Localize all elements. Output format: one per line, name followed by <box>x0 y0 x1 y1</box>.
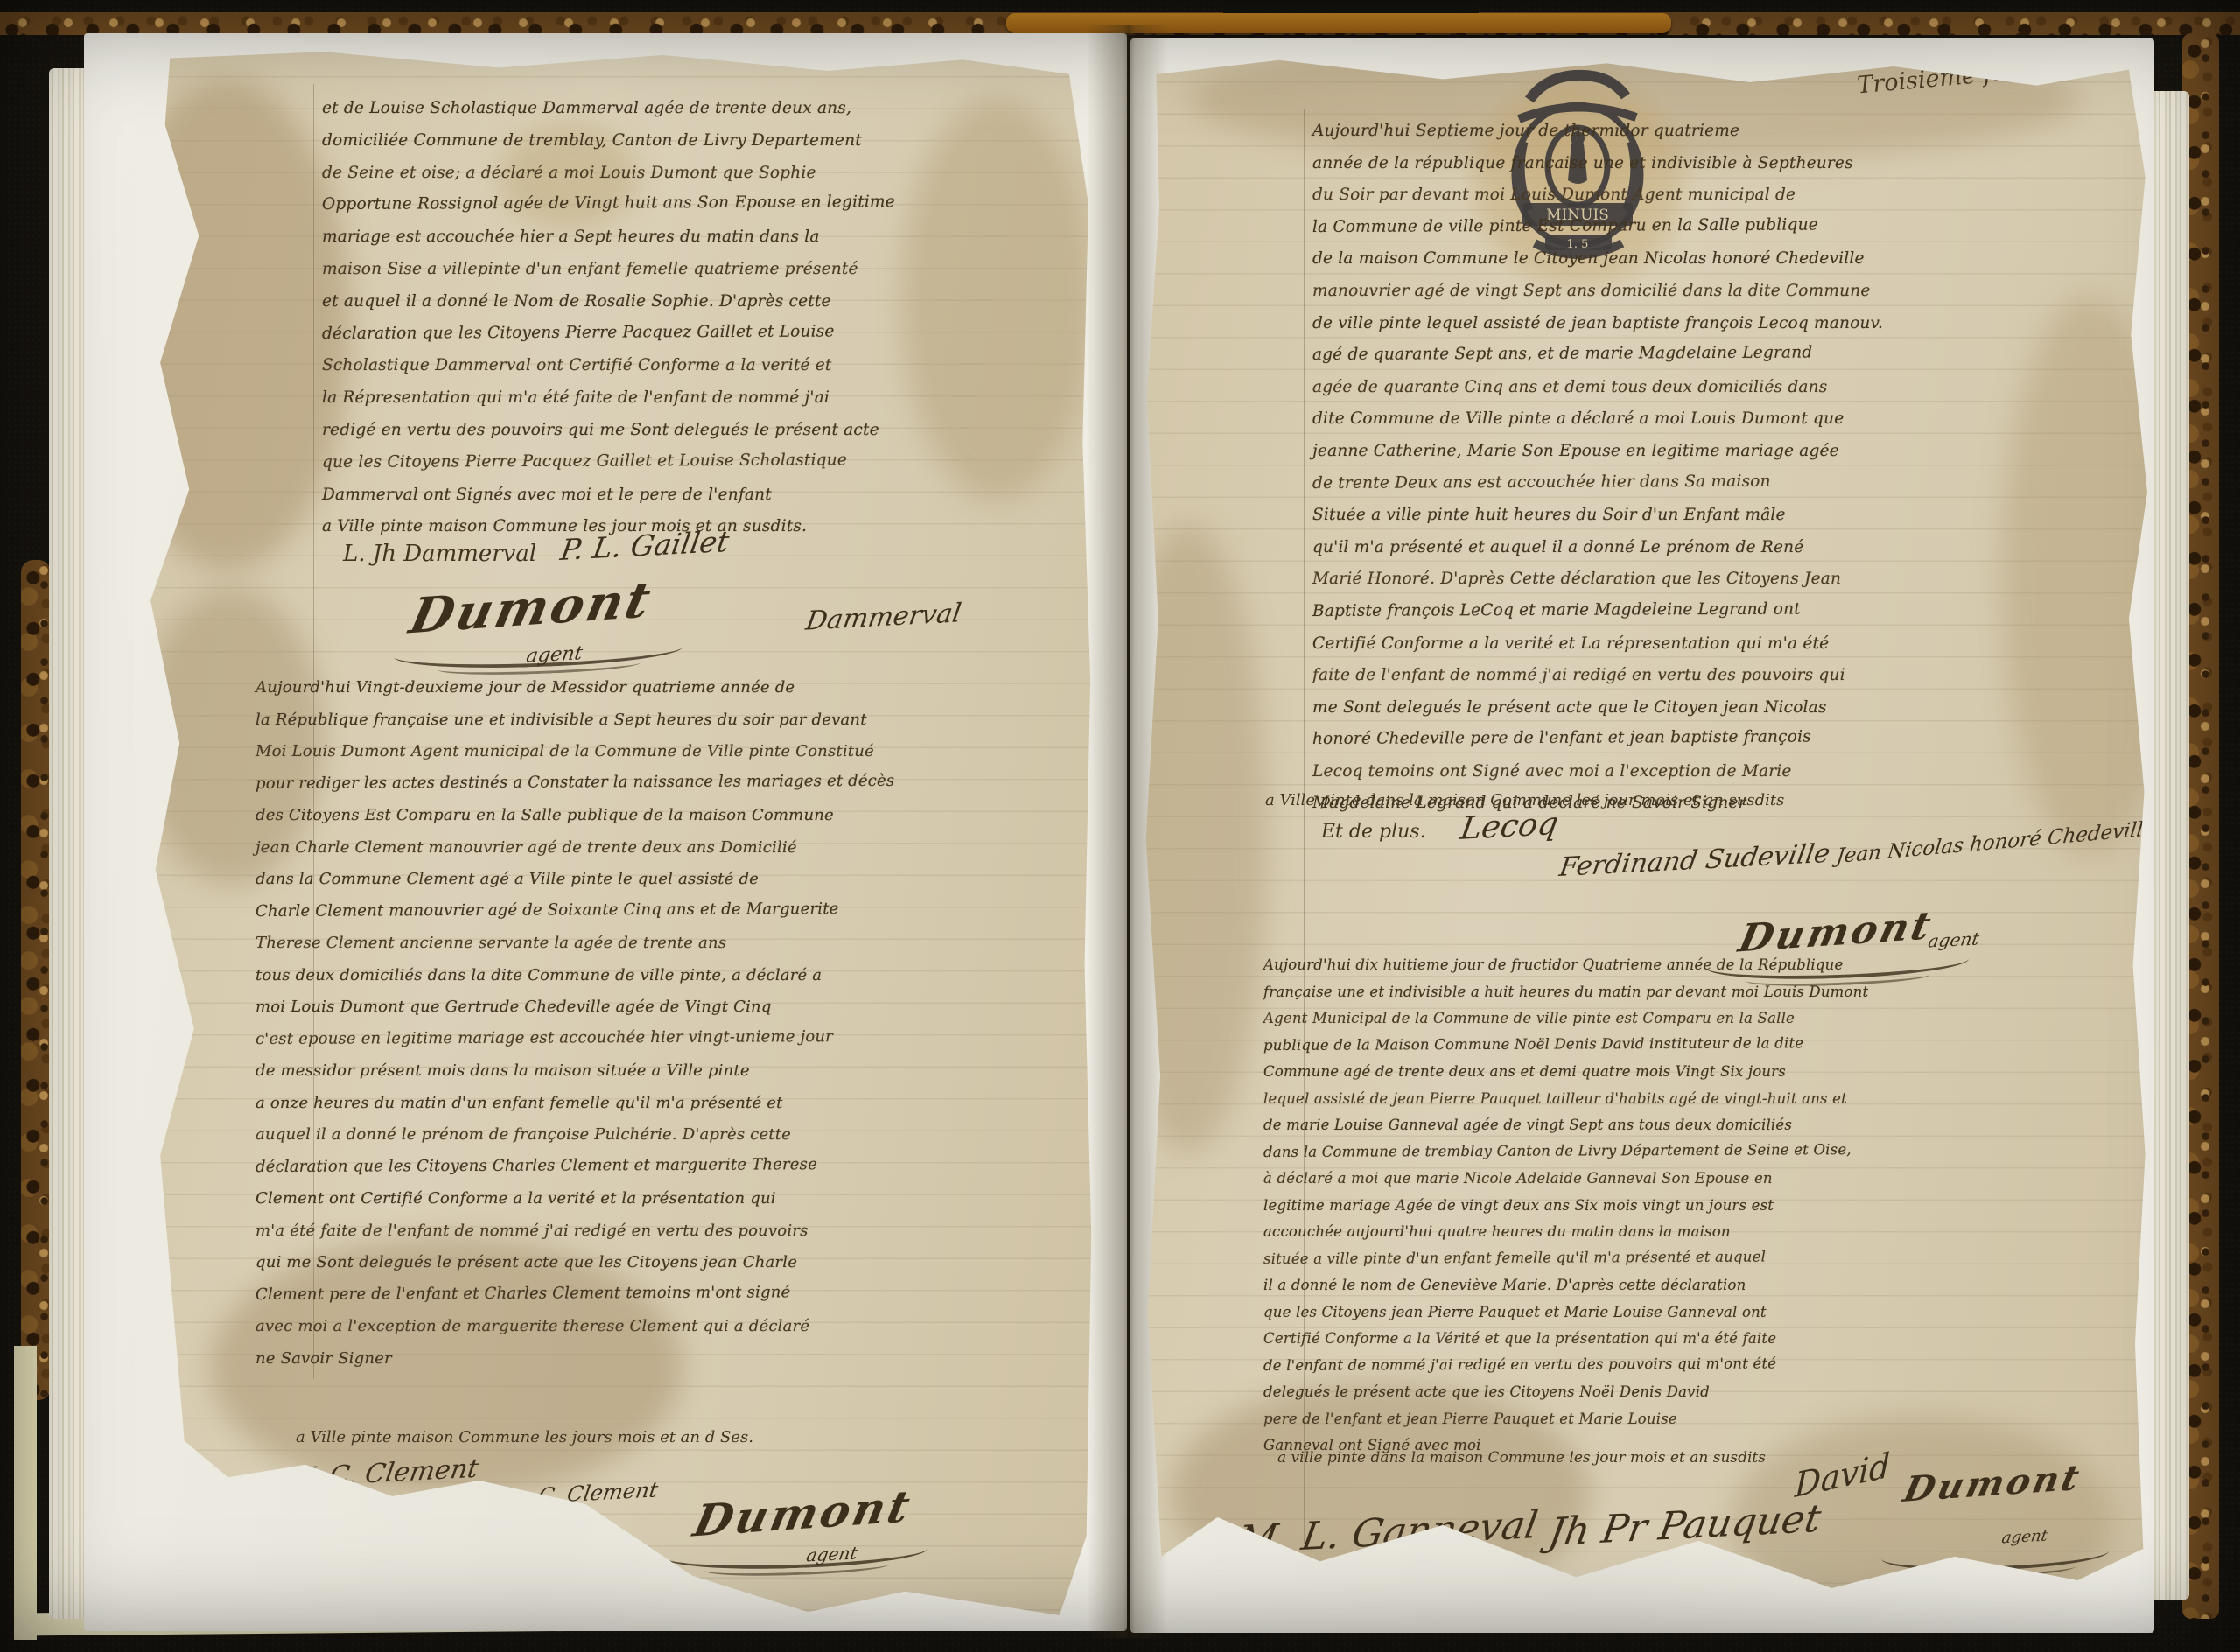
manuscript-line: c'est epouse en legitime mariage est acc… <box>255 1020 894 1055</box>
manuscript-line: a onze heures du matin d'un enfant femel… <box>255 1088 894 1120</box>
manuscript-line: Marié Honoré. D'après Cette déclaration … <box>1312 563 1883 596</box>
manuscript-line: il a donné le nom de Geneviève Marie. D'… <box>1263 1272 1868 1299</box>
signature-dumont-title: agent <box>1927 928 1981 952</box>
manuscript-line: année de la république française une et … <box>1312 148 1883 180</box>
manuscript-line: tous deux domiciliés dans la dite Commun… <box>255 960 894 992</box>
manuscript-line: déclaration que les Citoyens Charles Cle… <box>255 1148 894 1183</box>
manuscript-line: de la maison Commune le Citoyen jean Nic… <box>1312 243 1883 276</box>
manuscript-line: jeanne Catherine, Marie Son Epouse en le… <box>1312 436 1883 468</box>
manuscript-line: Baptiste françois LeCoq et marie Magdele… <box>1312 593 1883 627</box>
manuscript-line: delegués le présent acte que les Citoyen… <box>1263 1379 1868 1406</box>
signature-dammerval-line: L. Jh Dammerval <box>343 541 536 567</box>
manuscript-line: de trente Deux ans est accouchée hier da… <box>1312 465 1883 500</box>
manuscript-line: legitime mariage Agée de vingt deux ans … <box>1263 1193 1868 1220</box>
manuscript-line: de Seine et oise; a déclaré a moi Louis … <box>322 157 895 190</box>
signature-lecoq: Lecoq <box>1458 806 1561 847</box>
manuscript-line: Aujourd'hui dix huitieme jour de fructid… <box>1263 952 1868 979</box>
manuscript-line: la Commune de ville pinte Est Comparu en… <box>1312 209 1883 243</box>
manuscript-line: publique de la Maison Commune Noël Denis… <box>1263 1029 1868 1059</box>
manuscript-line: dite Commune de Ville pinte a déclaré a … <box>1312 403 1883 436</box>
manuscript-line: mariage est accouchée hier a Sept heures… <box>322 221 895 254</box>
cover-marbling-left <box>21 560 51 1400</box>
manuscript-line: la République française une et indivisib… <box>255 704 894 737</box>
manuscript-line: située a ville pinte d'un enfant femelle… <box>1263 1242 1868 1272</box>
manuscript-line: Lecoq temoins ont Signé avec moi a l'exc… <box>1312 756 1883 788</box>
signature-dammerval: Dammerval <box>803 598 963 636</box>
manuscript-line: Commune agé de trente deux ans et demi q… <box>1263 1059 1868 1086</box>
manuscript-line: agée de quarante Cinq ans et demi tous d… <box>1312 372 1883 404</box>
manuscript-line: que les Citoyens Pierre Pacquez Gaillet … <box>322 444 895 479</box>
manuscript-line: déclaration que les Citoyens Pierre Pacq… <box>322 316 895 351</box>
signature-dumont: Dumont <box>689 1480 916 1547</box>
manuscript-line: française une et indivisible a huit heur… <box>1263 979 1868 1006</box>
manuscript-line: auquel il a donné le prénom de françoise… <box>255 1119 894 1151</box>
manuscript-line: pere de l'enfant et jean Pierre Pauquet … <box>1263 1406 1868 1433</box>
manuscript-line: Therese Clement ancienne servante la agé… <box>255 927 894 960</box>
manuscript-line: Agent Municipal de la Commune de ville p… <box>1263 1005 1868 1032</box>
manuscript-line: m'a été faite de l'enfant de nommé j'ai … <box>255 1215 894 1248</box>
manuscript-line: Située a ville pinte huit heures du Soir… <box>1312 500 1883 532</box>
act-closing-line: a Ville pinte dans la maison Commune les… <box>1265 791 1784 809</box>
manuscript-line: des Citoyens Est Comparu en la Salle pub… <box>255 800 894 832</box>
manuscript-line: la Répresentation qui m'a été faite de l… <box>322 382 895 415</box>
manuscript-line: de ville pinte lequel assisté de jean ba… <box>1312 308 1883 340</box>
manuscript-page-left: et de Louise Scholastique Dammerval agée… <box>131 45 1098 1631</box>
manuscript-line: qui me Sont delegués le présent acte que… <box>255 1247 894 1279</box>
manuscript-line: Aujourd'hui Septieme jour de thermidor q… <box>1312 115 1883 148</box>
manuscript-line: honoré Chedeville pere de l'enfant et je… <box>1312 721 1883 755</box>
manuscript-line: avec moi a l'exception de marguerite the… <box>255 1311 894 1343</box>
manuscript-line: moi Louis Dumont que Gertrude Chedeville… <box>255 991 894 1024</box>
manuscript-line: du Soir par devant moi Louis Dumont Agen… <box>1312 179 1883 212</box>
manuscript-line: Clement pere de l'enfant et Charles Clem… <box>255 1276 894 1311</box>
signature-chedeville: Jean Nicolas honoré Chedeville <box>1835 817 2156 868</box>
manuscript-line: que les Citoyens jean Pierre Pauquet et … <box>1263 1299 1868 1326</box>
manuscript-line: Aujourd'hui Vingt-deuxieme jour de Messi… <box>255 672 894 704</box>
manuscript-line: Certifié Conforme a la Vérité et que la … <box>1263 1326 1868 1353</box>
manuscript-line: de messidor présent mois dans la maison … <box>255 1055 894 1088</box>
manuscript-line: dans la Commune Clement agé a Ville pint… <box>255 864 894 896</box>
manuscript-line: me Sont delegués le présent acte que le … <box>1312 692 1883 724</box>
manuscript-line: et auquel il a donné le Nom de Rosalie S… <box>322 286 895 318</box>
act-closing-line: a ville pinte dans la maison Commune les… <box>1277 1449 1766 1466</box>
manuscript-line: agé de quarante Sept ans, et de marie Ma… <box>1312 337 1883 371</box>
manuscript-line: manouvrier agé de vingt Sept ans domicil… <box>1312 276 1883 308</box>
manuscript-line: pour rediger les actes destinés a Consta… <box>255 765 894 800</box>
photo-background: et de Louise Scholastique Dammerval agée… <box>0 0 2240 1652</box>
manuscript-line: maison Sise a villepinte d'un enfant fem… <box>322 254 895 286</box>
manuscript-line: qu'il m'a présenté et auquel il a donné … <box>1312 532 1883 564</box>
manuscript-line: Opportune Rossignol agée de Vingt huit a… <box>322 187 895 222</box>
manuscript-line: Certifié Conforme a la verité et La répr… <box>1312 628 1883 661</box>
manuscript-line: de marie Louise Ganneval agée de vingt S… <box>1263 1112 1868 1139</box>
manuscript-line: domiciliée Commune de tremblay, Canton d… <box>322 125 895 157</box>
manuscript-line: Clement ont Certifié Conforme a la verit… <box>255 1183 894 1215</box>
birth-act-text-block: Aujourd'hui Septieme jour de thermidor q… <box>1312 115 1883 820</box>
manuscript-line: Moi Louis Dumont Agent municipal de la C… <box>255 736 894 768</box>
page-stain <box>901 98 1094 500</box>
manuscript-line: ne Savoir Signer <box>255 1343 894 1375</box>
cover-board-edge-left <box>14 1346 37 1640</box>
manuscript-line: à déclaré a moi que marie Nicole Adelaid… <box>1263 1165 1868 1193</box>
manuscript-line: et de Louise Scholastique Dammerval agée… <box>322 93 895 125</box>
birth-act-text-block: Aujourd'hui Vingt-deuxieme jour de Messi… <box>255 672 894 1375</box>
birth-act-text-block: et de Louise Scholastique Dammerval agée… <box>322 93 895 543</box>
manuscript-line: faite de l'enfant de nommé j'ai redigé e… <box>1312 660 1883 692</box>
manuscript-line: Dammerval ont Signés avec moi et le pere… <box>322 479 895 512</box>
manuscript-line: Charle Clement manouvrier agé de Soixant… <box>255 892 894 927</box>
signature-sudeville: Ferdinand Sudeville <box>1557 838 1832 883</box>
act-postscript: Et de plus. <box>1321 821 1426 843</box>
manuscript-line: lequel assisté de jean Pierre Pauquet ta… <box>1263 1086 1868 1113</box>
manuscript-line: redigé en vertu des pouvoirs qui me Sont… <box>322 415 895 447</box>
manuscript-line: de l'enfant de nommé j'ai redigé en vert… <box>1263 1349 1868 1379</box>
manuscript-line: Scholastique Dammerval ont Certifié Conf… <box>322 350 895 382</box>
manuscript-line: dans la Commune de tremblay Canton de Li… <box>1263 1136 1868 1165</box>
birth-act-text-block: Aujourd'hui dix huitieme jour de fructid… <box>1263 952 1868 1459</box>
act-closing-line: a Ville pinte maison Commune les jours m… <box>296 1428 753 1446</box>
manuscript-line: accouchée aujourd'hui quatre heures du m… <box>1263 1219 1868 1246</box>
manuscript-line: jean Charle Clement manouvrier agé de tr… <box>255 832 894 864</box>
signature-dumont: Dumont <box>404 571 657 646</box>
manuscript-page-right: Troisieme feuillet MINUIS 1. 5 Aujourd'h… <box>1136 51 2159 1627</box>
